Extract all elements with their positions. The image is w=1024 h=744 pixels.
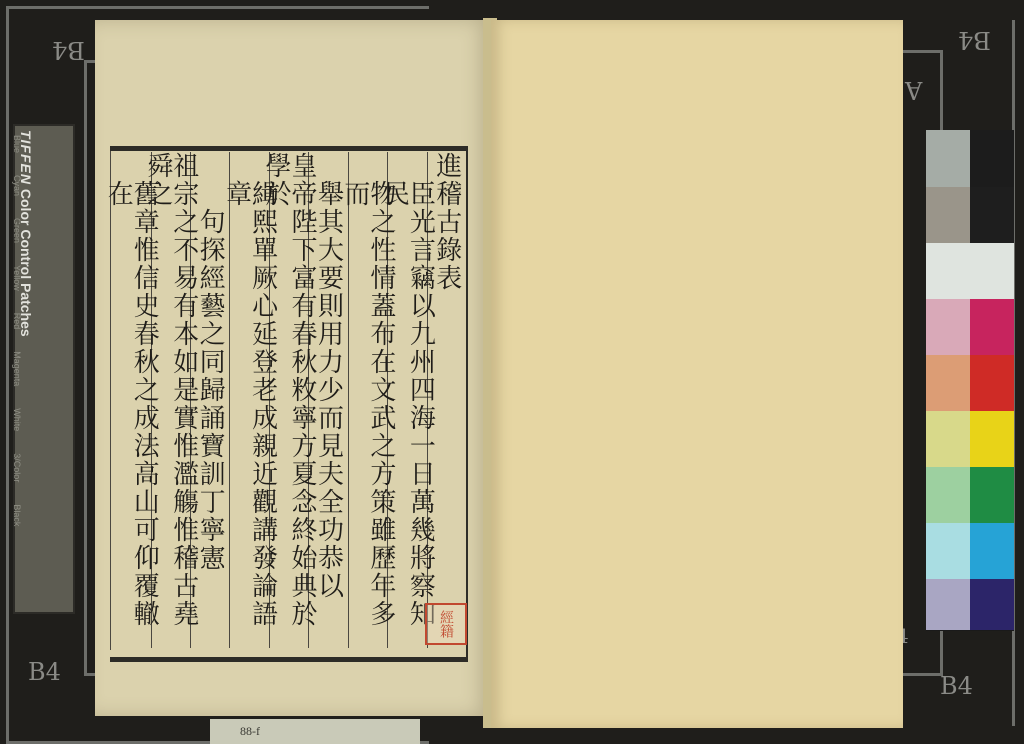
label-red: Red xyxy=(12,313,22,330)
document-title: 進稽古錄表 xyxy=(434,152,460,292)
column-text: 緝熙單厥心延登老成親近觀講發論語章 xyxy=(224,180,276,648)
color-card-labels: Blue Cyan Green Yellow Red Magenta White… xyxy=(12,135,22,526)
marker-bottom-right: B4 xyxy=(940,672,973,700)
color-patch xyxy=(926,355,970,412)
label-magenta: Magenta xyxy=(12,351,22,386)
label-yellow: Yellow xyxy=(12,265,22,291)
color-patch xyxy=(926,523,970,580)
marker-right-a: A xyxy=(905,76,922,104)
color-patch xyxy=(926,299,970,356)
red-seal-stamp: 經籍 xyxy=(425,603,467,645)
color-patch xyxy=(970,299,1014,356)
label-white: White xyxy=(12,408,22,431)
text-column: 緝熙單厥心延登老成親近觀講發論語章 xyxy=(229,152,268,648)
label-green: Green xyxy=(12,218,22,243)
column-text: 句探經藝之同歸誦寶訓丁寧憲 xyxy=(197,208,223,572)
color-patch xyxy=(970,579,1014,631)
color-patch xyxy=(970,411,1014,468)
label-cyan: Cyan xyxy=(12,175,22,196)
library-tag: 88-f xyxy=(210,719,420,744)
color-patch xyxy=(926,243,1014,300)
text-column: 物之性情蓋布在文武之方策雖歷年多而 xyxy=(348,152,387,648)
color-patch-strip xyxy=(926,130,1016,630)
marker-top-left: B4 xyxy=(52,36,85,64)
column-text: 物之性情蓋布在文武之方策雖歷年多而 xyxy=(342,180,394,648)
marker-top-right: B4 xyxy=(958,26,991,54)
color-patch xyxy=(926,467,970,524)
color-patch xyxy=(926,411,970,468)
text-columns: 進稽古錄表 臣光言竊以九州四海一日萬幾將察知民 物之性情蓋布在文武之方策雖歷年多… xyxy=(112,152,466,648)
color-patch xyxy=(926,579,970,631)
text-column: 舊章惟信史春秋之成法高山可仰覆轍在 xyxy=(112,152,150,648)
column-text: 舊章惟信史春秋之成法高山可仰覆轍在 xyxy=(105,180,157,648)
color-patch xyxy=(970,467,1014,524)
color-patch xyxy=(970,187,1014,244)
marker-bottom-left: B4 xyxy=(28,658,61,686)
label-blue: Blue xyxy=(12,135,22,153)
label-3color: 3/Color xyxy=(12,453,22,482)
right-page-blank xyxy=(491,20,903,728)
column-text: 舉其大要則用力少而見夫全功恭以 xyxy=(315,180,341,600)
color-patch xyxy=(970,523,1014,580)
color-patch xyxy=(970,130,1014,188)
color-patch xyxy=(926,187,970,244)
color-patch xyxy=(926,130,970,188)
color-patch xyxy=(970,355,1014,412)
label-black: Black xyxy=(12,504,22,526)
